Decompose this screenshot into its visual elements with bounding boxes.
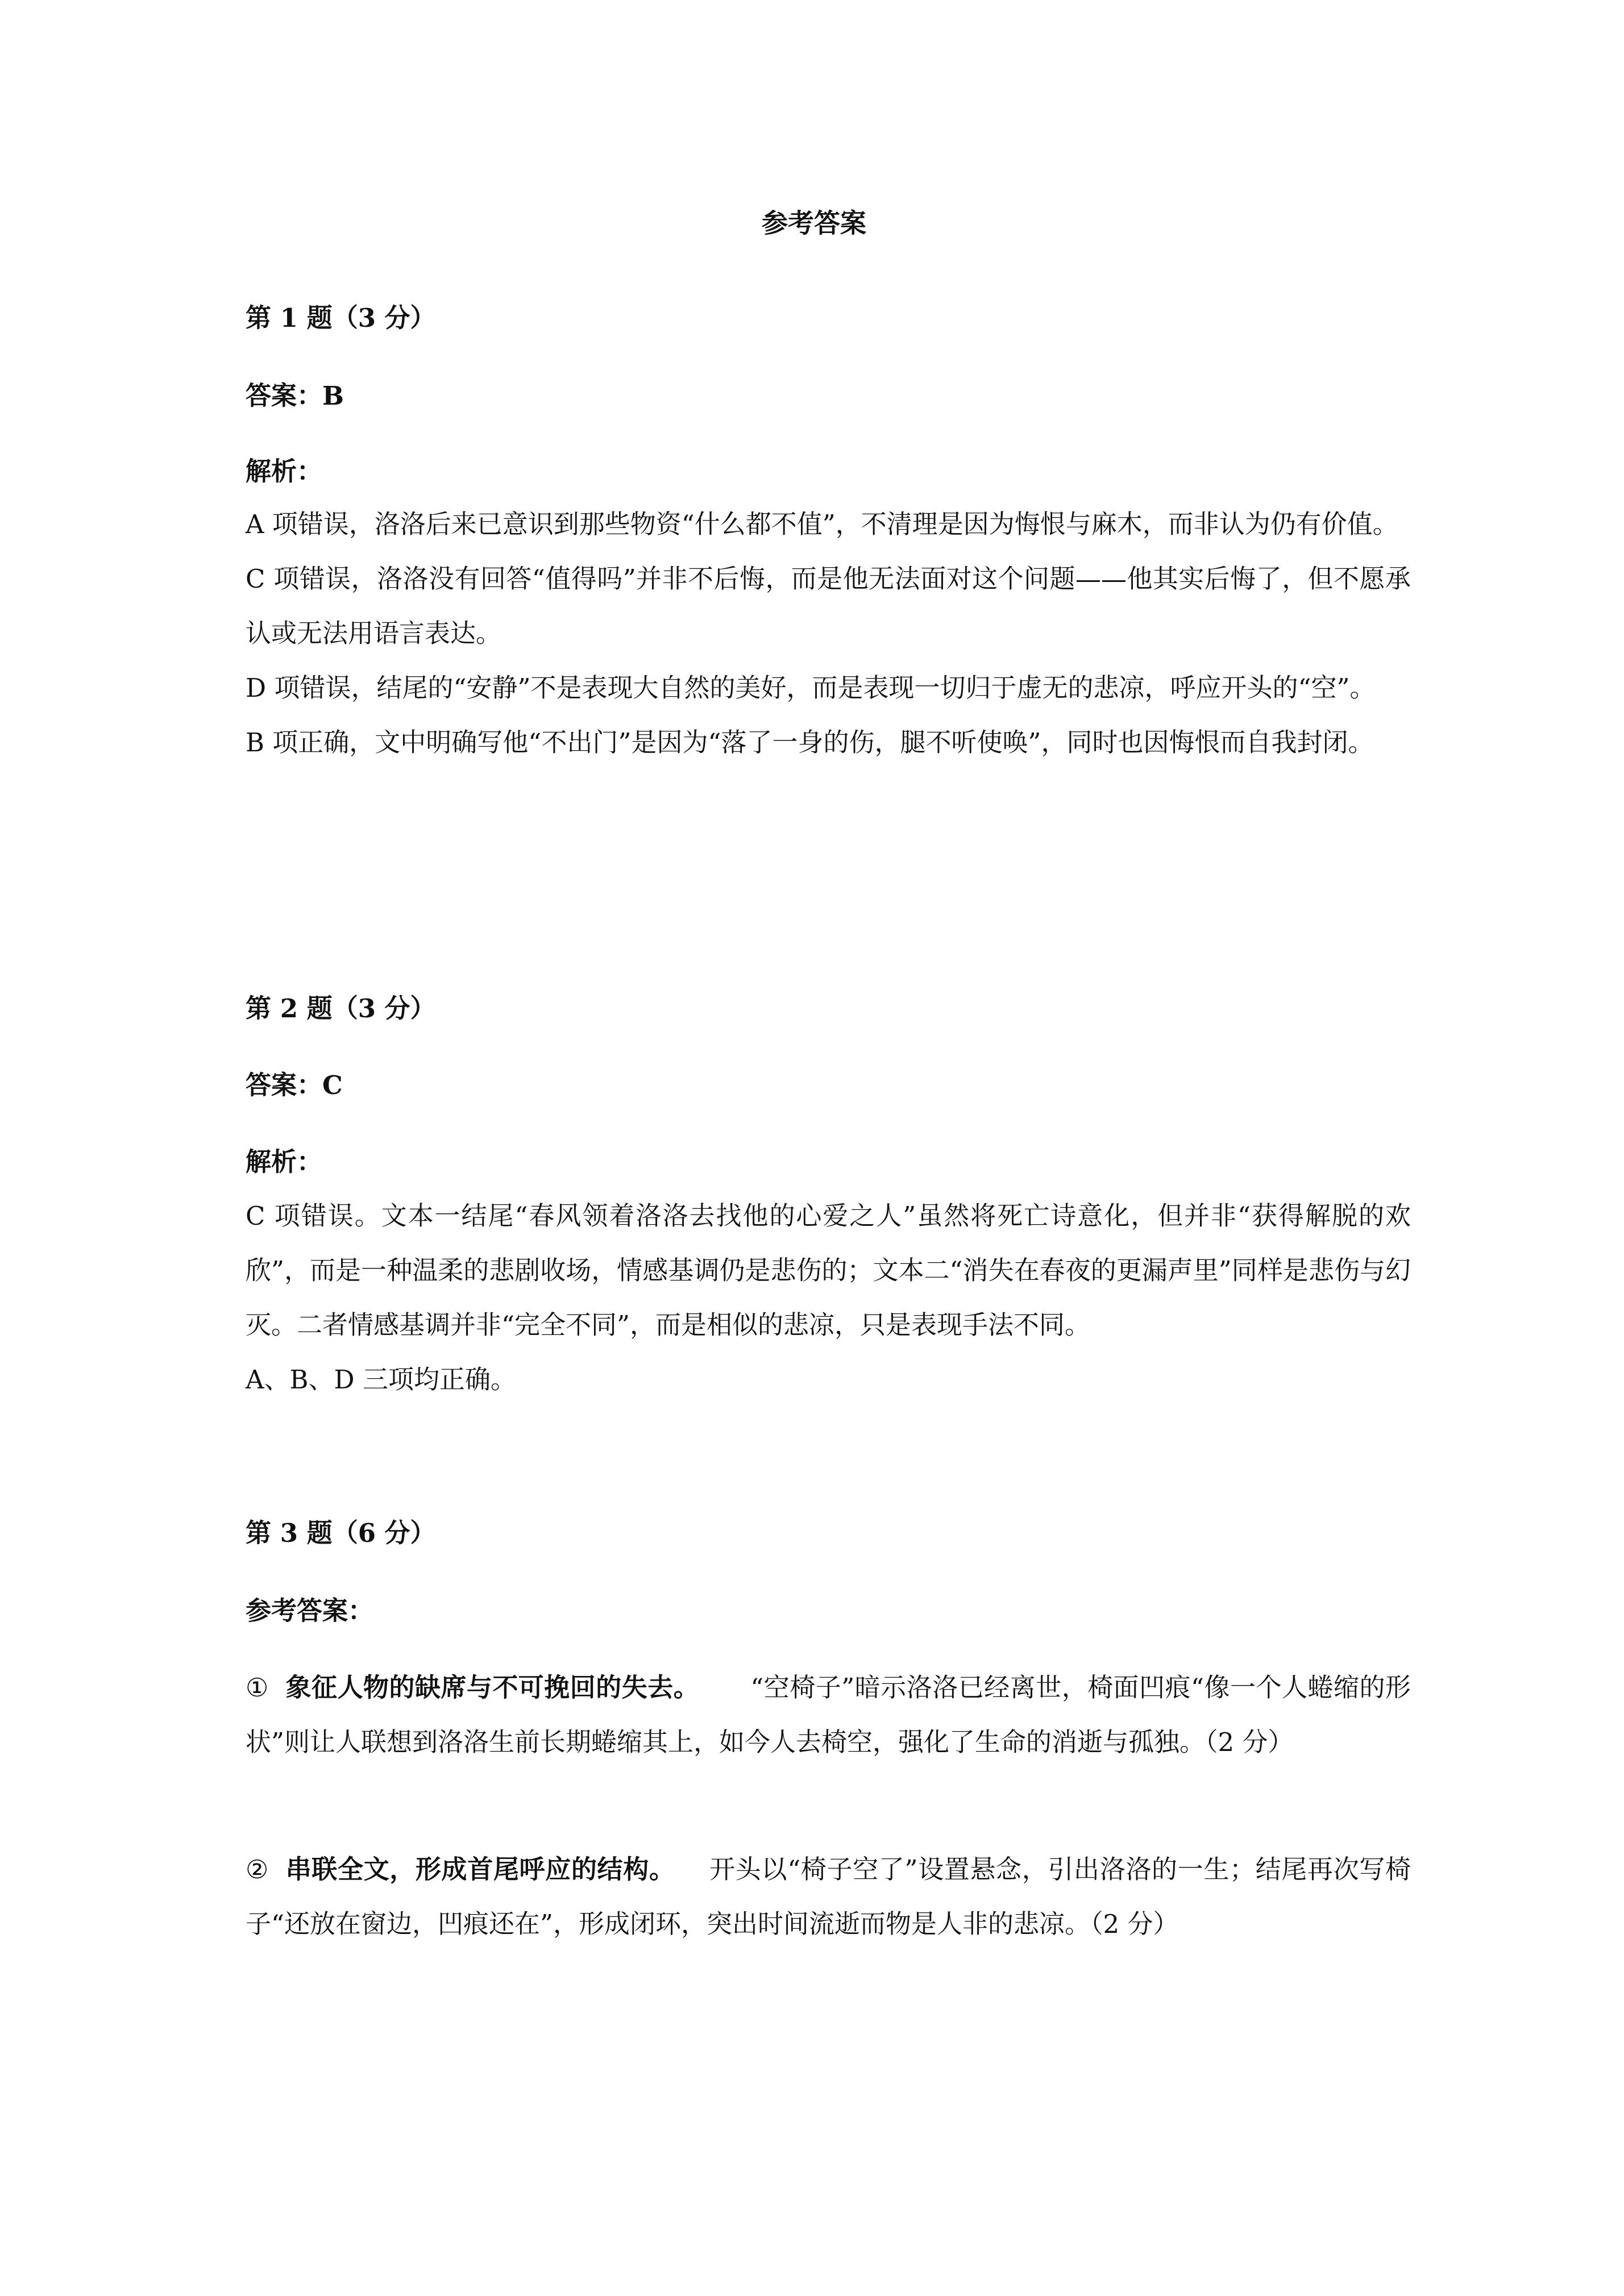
question-3-answer-label-block: 参考答案： (246, 1594, 1411, 1628)
question-2-heading: 第 2 题（3 分） (246, 992, 1411, 1026)
question-1-analysis-label: 解析： (246, 455, 1411, 489)
question-1-heading: 第 1 题（3 分） (246, 301, 1411, 335)
analysis-item-a: A 项错误，洛洛后来已意识到那些物资“什么都不值”，不清理是因为悔恨与麻木，而非… (246, 497, 1411, 552)
question-3-answer-label: 参考答案： (246, 1594, 1411, 1628)
question-3-heading-block: 第 3 题（6 分） (246, 1516, 1411, 1550)
question-2-answer-block: 答案：C (246, 1068, 1411, 1103)
analysis-item-d: D 项错误，结尾的“安静”不是表现大自然的美好，而是表现一切归于虚无的悲凉，呼应… (246, 661, 1411, 716)
question-1-answer-block: 答案：B (246, 379, 1411, 413)
question-1-analysis-label-block: 解析： (246, 455, 1411, 489)
question-3-point-1: ①象征人物的缺席与不可挽回的失去。“空椅子”暗示洛洛已经离世，椅面凹痕“像一个人… (246, 1661, 1411, 1770)
point-lead: 串联全文，形成首尾呼应的结构。 (285, 1854, 675, 1885)
question-1-answer: 答案：B (246, 379, 1411, 413)
point-1-paragraph: ①象征人物的缺席与不可挽回的失去。“空椅子”暗示洛洛已经离世，椅面凹痕“像一个人… (246, 1661, 1411, 1770)
question-2-heading-block: 第 2 题（3 分） (246, 992, 1411, 1026)
point-2-paragraph: ②串联全文，形成首尾呼应的结构。开头以“椅子空了”设置悬念，引出洛洛的一生；结尾… (246, 1842, 1411, 1952)
point-lead: 象征人物的缺席与不可挽回的失去。 (285, 1673, 699, 1703)
analysis-item-c: C 项错误，洛洛没有回答“值得吗”并非不后悔，而是他无法面对这个问题——他其实后… (246, 552, 1411, 661)
question-2-analysis-label-block: 解析： (246, 1145, 1411, 1179)
question-2-analysis-label: 解析： (246, 1145, 1411, 1179)
analysis-item-c: C 项错误。文本一结尾“春风领着洛洛去找他的心爱之人”虽然将死亡诗意化，但并非“… (246, 1189, 1411, 1353)
page-title: 参考答案 (246, 206, 1382, 240)
point-marker: ① (246, 1661, 285, 1715)
question-2-analysis: C 项错误。文本一结尾“春风领着洛洛去找他的心爱之人”虽然将死亡诗意化，但并非“… (246, 1189, 1411, 1407)
point-marker: ② (246, 1842, 285, 1897)
question-1-heading-block: 第 1 题（3 分） (246, 301, 1411, 335)
question-3-point-2: ②串联全文，形成首尾呼应的结构。开头以“椅子空了”设置悬念，引出洛洛的一生；结尾… (246, 1842, 1411, 1952)
question-2-answer: 答案：C (246, 1068, 1411, 1103)
analysis-item-b: B 项正确，文中明确写他“不出门”是因为“落了一身的伤，腿不听使唤”，同时也因悔… (246, 716, 1411, 770)
question-1-analysis: A 项错误，洛洛后来已意识到那些物资“什么都不值”，不清理是因为悔恨与麻木，而非… (246, 497, 1411, 770)
analysis-item-abd: A、B、D 三项均正确。 (246, 1353, 1411, 1407)
question-3-heading: 第 3 题（6 分） (246, 1516, 1411, 1550)
